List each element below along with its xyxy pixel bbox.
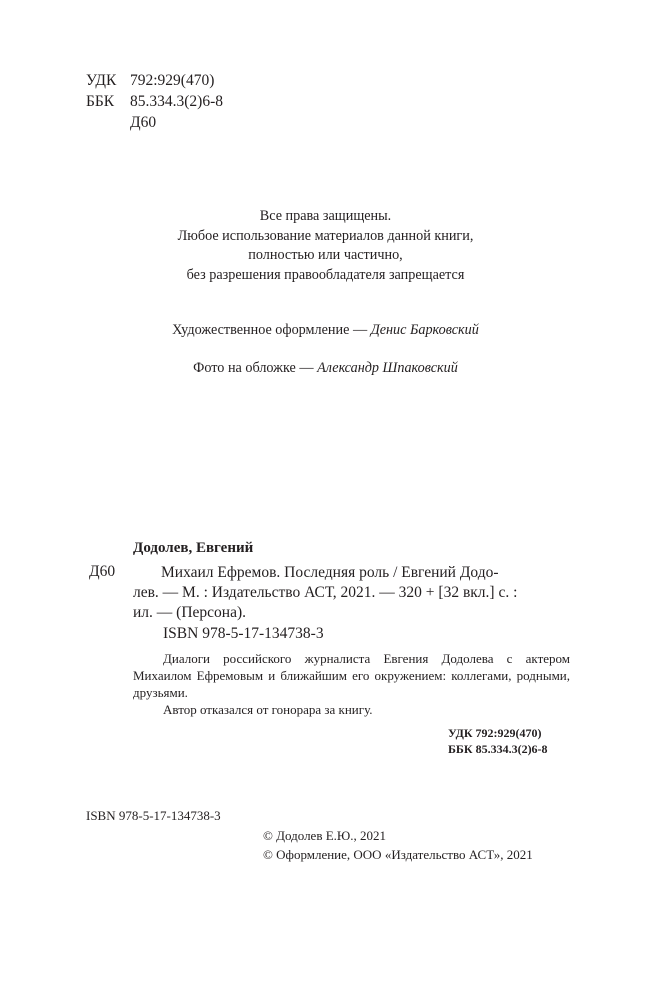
copyright-line: © Додолев Е.Ю., 2021 <box>263 826 533 845</box>
catalog-annotation: Диалоги российского журналиста Евгения Д… <box>133 650 570 718</box>
bbk-label: ББК <box>86 91 130 112</box>
author-mark: Д60 <box>86 112 223 133</box>
annotation-paragraph: Автор отказался от гонорара за книгу. <box>133 701 570 718</box>
catalog-isbn: ISBN 978-5-17-134738-3 <box>163 625 324 643</box>
catalog-author-mark: Д60 <box>89 563 115 581</box>
credit-role: Фото на обложке — <box>193 360 317 376</box>
catalog-description: Михаил Ефремов. Последняя роль / Евгений… <box>133 563 573 623</box>
copyright-block: © Додолев Е.Ю., 2021 © Оформление, ООО «… <box>263 826 533 864</box>
credit-name: Денис Барковский <box>371 322 479 338</box>
udk-row: УДК 792:929(470) <box>86 70 223 91</box>
credit-design: Художественное оформление — Денис Барков… <box>0 322 651 339</box>
copyright-line: © Оформление, ООО «Издательство АСТ», 20… <box>263 845 533 864</box>
rights-line: Любое использование материалов данной кн… <box>0 227 651 247</box>
rights-notice: Все права защищены. Любое использование … <box>0 207 651 285</box>
rights-line: без разрешения правообладателя запрещает… <box>0 266 651 286</box>
credit-role: Художественное оформление — <box>172 322 371 338</box>
udk-label: УДК <box>86 70 130 91</box>
classification-block-top: УДК 792:929(470) ББК 85.334.3(2)6-8 Д60 <box>86 70 223 133</box>
credit-name: Александр Шпаковский <box>317 360 458 376</box>
description-line: Михаил Ефремов. Последняя роль / Евгений… <box>133 563 573 583</box>
description-line: лев. — М. : Издательство АСТ, 2021. — 32… <box>133 583 573 603</box>
bbk-row: ББК 85.334.3(2)6-8 <box>86 91 223 112</box>
catalog-author: Додолев, Евгений <box>133 540 253 557</box>
rights-line: Все права защищены. <box>0 207 651 227</box>
bbk-code: ББК 85.334.3(2)6-8 <box>448 741 548 757</box>
rights-line: полностью или частично, <box>0 246 651 266</box>
classification-block-bottom: УДК 792:929(470) ББК 85.334.3(2)6-8 <box>448 725 548 757</box>
description-line: ил. — (Персона). <box>133 603 573 623</box>
udk-value: 792:929(470) <box>130 70 214 91</box>
annotation-paragraph: Диалоги российского журналиста Евгения Д… <box>133 650 570 701</box>
udk-code: УДК 792:929(470) <box>448 725 548 741</box>
footer-isbn: ISBN 978-5-17-134738-3 <box>86 808 221 824</box>
bbk-value: 85.334.3(2)6-8 <box>130 91 223 112</box>
credit-photo: Фото на обложке — Александр Шпаковский <box>0 360 651 377</box>
